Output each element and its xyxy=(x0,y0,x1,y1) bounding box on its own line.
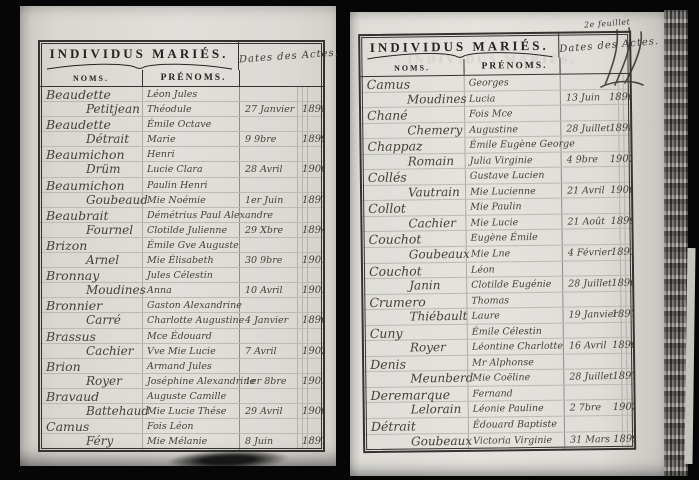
husband-surname: Beaubrait xyxy=(40,208,142,223)
wife-given-names: Léontine Charlotte xyxy=(467,339,563,356)
marriage-year: 1900 xyxy=(295,404,323,419)
wife-surname: Cachier xyxy=(362,216,465,233)
empty-date-cell xyxy=(239,419,295,434)
wife-given-names: Léonie Pauline xyxy=(468,401,564,418)
prenoms-column-header: PRÉNOMS. xyxy=(463,58,559,75)
empty-date-cell xyxy=(239,359,295,374)
wife-surname: Moudines xyxy=(361,91,464,108)
husband-given-names: Fernand xyxy=(467,386,563,403)
marriage-year: 1902 xyxy=(603,151,635,167)
marriage-year: 1893 xyxy=(604,245,634,261)
husband-surname: Deremarque xyxy=(364,387,467,404)
wife-surname: Drüm xyxy=(40,162,142,177)
entry-wife-row: Drüm Lucie Clara 28 Avril 1900 xyxy=(40,162,323,177)
wife-given-names: Mie Mélanie xyxy=(142,434,239,449)
empty-year-cell xyxy=(295,117,323,132)
right-title-zone: INDIVIDUS MARIÉS. xyxy=(360,34,559,60)
marriage-date: 29 Xbre xyxy=(239,223,295,238)
husband-given-names: Auguste Camille xyxy=(142,389,239,404)
entry-wife-row: Carré Charlotte Augustine 4 Janvier 1896 xyxy=(40,313,323,328)
marriage-year: 1901 xyxy=(295,283,323,298)
empty-year-cell xyxy=(604,260,634,276)
wife-surname: Meunberd xyxy=(364,371,467,388)
marriage-year: 1894 xyxy=(295,223,323,238)
marriage-date: 4 9bre xyxy=(561,152,603,168)
wife-given-names: Clotilde Eugénie xyxy=(466,277,562,294)
empty-year-cell xyxy=(603,167,634,183)
marriage-date: 1er 8bre xyxy=(239,374,295,389)
marriage-date: 7 Avril xyxy=(239,344,295,359)
husband-surname: Brion xyxy=(40,359,142,374)
husband-surname: Brizon xyxy=(40,238,142,253)
entry-wife-row: Cachier Vve Mie Lucie 7 Avril 1902 xyxy=(40,344,323,359)
empty-year-cell xyxy=(602,105,634,121)
entry-husband-row: Bronnay Jules Célestin xyxy=(40,268,323,283)
empty-year-cell xyxy=(295,208,323,223)
entry-wife-row: Fournel Clotilde Julienne 29 Xbre 1894 xyxy=(40,223,323,238)
empty-date-cell xyxy=(562,230,604,246)
marriage-year: 1899 xyxy=(295,132,323,147)
marriage-year: 1896 xyxy=(602,89,634,105)
empty-year-cell xyxy=(295,147,323,162)
wife-surname: Lelorain xyxy=(365,402,468,419)
husband-surname: Collés xyxy=(362,169,465,186)
marriage-year: 1897 xyxy=(604,307,634,323)
empty-date-cell xyxy=(563,354,605,370)
title-brace-ornament xyxy=(45,62,234,70)
marriage-date: 28 Juillet xyxy=(563,370,605,386)
marriage-year: 1902 xyxy=(606,400,635,416)
husband-surname: Couchot xyxy=(363,231,466,248)
entry-husband-row: Beaumichon Henri xyxy=(40,147,323,162)
wife-given-names: Clotilde Julienne xyxy=(142,223,239,238)
husband-given-names: Georges xyxy=(464,75,560,92)
empty-year-cell xyxy=(295,329,323,344)
entry-wife-row: Goubeaux Victoria Virginie 31 Mars 1899 xyxy=(365,431,634,450)
entry-husband-row: Camus Fois Léon xyxy=(40,419,323,434)
entry-husband-row: Brassus Mce Édouard xyxy=(40,329,323,344)
wife-surname: Fournel xyxy=(40,223,142,238)
marriage-date: 30 9bre xyxy=(239,253,295,268)
entry-husband-row: Bronnier Gaston Alexandrine xyxy=(40,298,323,313)
empty-date-cell xyxy=(239,208,295,223)
wife-surname: Romain xyxy=(362,154,465,171)
husband-surname: Cuny xyxy=(364,325,467,342)
empty-date-cell xyxy=(239,389,295,404)
marriage-date: 28 Juillet xyxy=(560,121,602,137)
entry-husband-row: Beaudette Léon Jules xyxy=(40,87,323,102)
empty-date-cell xyxy=(239,298,295,313)
wife-given-names: Mie Lucie xyxy=(465,215,561,232)
marriage-date: 4 Janvier xyxy=(239,313,295,328)
entry-wife-row: Féry Mie Mélanie 8 Juin 1897 xyxy=(40,434,323,449)
husband-given-names: Mr Alphonse xyxy=(467,354,563,371)
marriage-date: 28 Avril xyxy=(239,162,295,177)
wife-surname: Chemery xyxy=(361,122,464,139)
wife-surname: Thiébault xyxy=(363,309,466,326)
husband-given-names: Gaston Alexandrine xyxy=(142,298,239,313)
marriage-date: 9 9bre xyxy=(239,132,295,147)
wife-surname: Moudines xyxy=(40,283,142,298)
empty-date-cell xyxy=(239,117,295,132)
empty-date-cell xyxy=(561,167,603,183)
empty-year-cell xyxy=(295,389,323,404)
wife-given-names: Mie Coëline xyxy=(467,370,563,387)
wife-surname: Féry xyxy=(40,434,142,449)
entry-husband-row: Brizon Émile Gve Auguste xyxy=(40,238,323,253)
empty-date-cell xyxy=(239,147,295,162)
empty-date-cell xyxy=(239,238,295,253)
marriage-year: 1896 xyxy=(604,276,634,292)
empty-year-cell xyxy=(604,229,635,245)
empty-date-cell xyxy=(563,323,605,339)
empty-date-cell xyxy=(560,136,602,152)
empty-date-cell xyxy=(239,329,295,344)
entry-husband-row: Brion Armand Jules xyxy=(40,359,323,374)
marriage-date: 1er Juin xyxy=(239,193,295,208)
marriage-date: 21 Avril xyxy=(561,183,603,199)
husband-given-names: Armand Jules xyxy=(142,359,239,374)
husband-given-names: Thomas xyxy=(466,292,562,309)
entry-wife-row: Battehaud Mie Lucie Thése 29 Avril 1900 xyxy=(40,404,323,419)
marriage-year: 1900 xyxy=(603,183,634,199)
wife-given-names: Mie Lne xyxy=(466,246,562,263)
empty-year-cell xyxy=(295,178,323,193)
wife-given-names: Mie Élisabeth xyxy=(142,253,239,268)
marriage-year: 1901 xyxy=(295,374,323,389)
wife-given-names: Mie Lucienne xyxy=(465,183,561,200)
empty-year-cell xyxy=(605,354,634,370)
wife-surname: Vautrain xyxy=(362,185,465,202)
husband-given-names: Démétrius Paul Alexandre xyxy=(142,208,239,223)
marriage-year: 1899 xyxy=(606,431,634,447)
marriage-date: 21 Août xyxy=(561,214,603,230)
right-page-entries: Camus Georges Moudines Lucia 13 Juin 189… xyxy=(361,74,635,451)
entry-wife-row: Goubeaud Mie Noémie 1er Juin 1897 xyxy=(40,193,323,208)
wife-surname: Goubeaux xyxy=(365,433,468,450)
husband-given-names: Léon Jules xyxy=(142,87,239,102)
marriage-year: 1896 xyxy=(295,313,323,328)
wife-given-names: Marie xyxy=(142,132,239,147)
husband-given-names: Émile Gve Auguste xyxy=(142,238,239,253)
empty-date-cell xyxy=(564,416,606,432)
marriage-date: 19 Janvier xyxy=(562,307,604,323)
marriage-year: 1898 xyxy=(602,120,634,136)
marriage-date: 8 Juin xyxy=(239,434,295,449)
marriage-year: 1897 xyxy=(295,193,323,208)
wife-surname: Goubeaud xyxy=(40,193,142,208)
empty-year-cell xyxy=(602,136,634,152)
husband-surname: Chappaz xyxy=(361,138,464,155)
husband-surname: Bravaud xyxy=(40,389,142,404)
marriage-date: 27 Janvier xyxy=(239,102,295,117)
register-title: INDIVIDUS MARIÉS. xyxy=(40,46,238,62)
empty-year-cell xyxy=(605,322,635,338)
page-bottom-smudge xyxy=(166,448,291,472)
empty-year-cell xyxy=(295,298,323,313)
wife-surname: Battehaud xyxy=(40,404,142,419)
husband-surname: Camus xyxy=(40,419,142,434)
marriage-date: 4 Février xyxy=(562,245,604,261)
empty-year-cell xyxy=(295,268,323,283)
dates-column-spacer xyxy=(239,70,323,86)
entry-husband-row: Beaumichon Paulin Henri xyxy=(40,178,323,193)
wife-surname: Royer xyxy=(40,374,142,389)
wife-surname: Détrait xyxy=(40,132,142,147)
left-table-header: INDIVIDUS MARIÉS. Dates des Actes. xyxy=(40,42,323,70)
husband-given-names: Henri xyxy=(142,147,239,162)
corner-flourish-mark-icon xyxy=(598,25,646,89)
husband-given-names: Gustave Lucien xyxy=(465,168,561,185)
scanned-register-spread: INDIVIDUS MARIÉS. Dates des Actes. NOMS.… xyxy=(0,0,699,480)
empty-date-cell xyxy=(562,261,604,277)
marriage-year: 1901 xyxy=(295,253,323,268)
wife-given-names: Victoria Virginie xyxy=(468,432,564,449)
left-page: INDIVIDUS MARIÉS. Dates des Actes. NOMS.… xyxy=(20,6,336,466)
wife-given-names: Charlotte Augustine xyxy=(142,313,239,328)
husband-surname: Chané xyxy=(361,107,464,124)
marriage-date: 10 Avril xyxy=(239,283,295,298)
right-table-header: INDIVIDUS MARIÉS. Dates des Actes. xyxy=(360,33,629,60)
noms-column-header: NOMS. xyxy=(360,59,463,76)
empty-date-cell xyxy=(239,87,295,102)
left-dates-header-zone: Dates des Actes. xyxy=(239,42,339,70)
empty-year-cell xyxy=(295,419,323,434)
husband-surname: Couchot xyxy=(363,262,466,279)
left-page-entries: Beaudette Léon Jules Petitjean Théodule … xyxy=(40,87,323,450)
husband-surname: Brassus xyxy=(40,329,142,344)
husband-given-names: Émile Octave xyxy=(142,117,239,132)
empty-date-cell xyxy=(239,268,295,283)
empty-year-cell xyxy=(295,238,323,253)
entry-wife-row: Petitjean Théodule 27 Janvier 1898 xyxy=(40,102,323,117)
husband-given-names: Paulin Henri xyxy=(142,178,239,193)
wife-given-names: Julia Virginie xyxy=(465,152,561,169)
wife-given-names: Lucie Clara xyxy=(142,162,239,177)
empty-year-cell xyxy=(604,291,634,307)
empty-year-cell xyxy=(603,198,634,214)
entry-wife-row: Royer Joséphine Alexandrine 1er 8bre 190… xyxy=(40,374,323,389)
wife-surname: Cachier xyxy=(40,344,142,359)
empty-date-cell xyxy=(560,105,602,121)
empty-date-cell xyxy=(561,199,603,215)
husband-given-names: Émile Eugène George xyxy=(464,137,560,154)
dates-des-actes-label: Dates des Actes. xyxy=(239,47,339,65)
empty-date-cell xyxy=(563,385,605,401)
husband-surname: Beaudette xyxy=(40,87,142,102)
husband-surname: Beaudette xyxy=(40,117,142,132)
husband-given-names: Émile Célestin xyxy=(467,323,563,340)
entry-husband-row: Beaubrait Démétrius Paul Alexandre xyxy=(40,208,323,223)
marriage-year: 1897 xyxy=(605,369,634,385)
entry-wife-row: Arnel Mie Élisabeth 30 9bre 1901 xyxy=(40,253,323,268)
empty-year-cell xyxy=(605,385,634,401)
empty-date-cell xyxy=(560,74,602,90)
empty-date-cell xyxy=(239,178,295,193)
left-column-headers: NOMS. PRÉNOMS. xyxy=(40,70,323,87)
husband-surname: Crumero xyxy=(363,293,466,310)
left-title-zone: INDIVIDUS MARIÉS. xyxy=(40,42,239,70)
wife-surname: Janin xyxy=(363,278,466,295)
wife-given-names: Laure xyxy=(466,308,562,325)
next-page-sliver xyxy=(684,248,695,464)
marriage-date: 2 7bre xyxy=(564,401,606,417)
wife-surname: Carré xyxy=(40,313,142,328)
marriage-year: 1900 xyxy=(295,162,323,177)
marriage-date: 13 Juin xyxy=(560,90,602,106)
wife-surname: Goubeaux xyxy=(363,247,466,264)
wife-given-names: Théodule xyxy=(142,102,239,117)
marriage-year: 1896 xyxy=(605,338,634,354)
left-register-table: INDIVIDUS MARIÉS. Dates des Actes. NOMS.… xyxy=(38,40,325,452)
right-page: INDIVIDUS MARIÉS. 2e feuillet INDIVIDUS … xyxy=(350,12,664,476)
wife-given-names: Joséphine Alexandrine xyxy=(142,374,239,389)
wife-given-names: Lucia xyxy=(464,90,560,107)
husband-given-names: Mie Paulin xyxy=(465,199,561,216)
entry-husband-row: Beaudette Émile Octave xyxy=(40,117,323,132)
husband-surname: Beaumichon xyxy=(40,178,142,193)
empty-year-cell xyxy=(606,416,634,432)
husband-surname: Bronnay xyxy=(40,268,142,283)
entry-wife-row: Détrait Marie 9 9bre 1899 xyxy=(40,132,323,147)
husband-given-names: Édouard Baptiste xyxy=(468,417,564,434)
wife-surname: Arnel xyxy=(40,253,142,268)
husband-given-names: Eugène Émile xyxy=(466,230,562,247)
husband-surname: Denis xyxy=(364,356,467,373)
wife-given-names: Vve Mie Lucie xyxy=(142,344,239,359)
empty-year-cell xyxy=(295,359,323,374)
right-register-table: INDIVIDUS MARIÉS. Dates des Actes. NOMS.… xyxy=(358,31,636,453)
marriage-date: 31 Mars xyxy=(564,432,606,448)
wife-given-names: Anna xyxy=(142,283,239,298)
noms-column-header: NOMS. xyxy=(40,70,142,86)
marriage-year: 1899 xyxy=(603,214,634,230)
wife-surname: Petitjean xyxy=(40,102,142,117)
marriage-date: 29 Avril xyxy=(239,404,295,419)
empty-date-cell xyxy=(562,292,604,308)
husband-surname: Détrait xyxy=(365,418,468,435)
husband-surname: Beaumichon xyxy=(40,147,142,162)
wife-given-names: Augustine xyxy=(464,121,560,138)
entry-wife-row: Moudines Anna 10 Avril 1901 xyxy=(40,283,323,298)
wife-surname: Royer xyxy=(364,340,467,357)
husband-given-names: Fois Léon xyxy=(142,419,239,434)
wife-given-names: Mie Lucie Thése xyxy=(142,404,239,419)
marriage-date: 16 Avril xyxy=(563,338,605,354)
prenoms-column-header: PRÉNOMS. xyxy=(142,70,239,86)
marriage-year: 1897 xyxy=(295,434,323,449)
husband-given-names: Léon xyxy=(466,261,562,278)
husband-surname: Collot xyxy=(362,200,465,217)
husband-given-names: Jules Célestin xyxy=(142,268,239,283)
marriage-date: 28 Juillet xyxy=(562,276,604,292)
husband-given-names: Fois Mce xyxy=(464,106,560,123)
empty-year-cell xyxy=(295,87,323,102)
marriage-year: 1902 xyxy=(295,344,323,359)
husband-given-names: Mce Édouard xyxy=(142,329,239,344)
husband-surname: Camus xyxy=(361,76,464,93)
entry-husband-row: Bravaud Auguste Camille xyxy=(40,389,323,404)
marriage-year: 1898 xyxy=(295,102,323,117)
wife-given-names: Mie Noémie xyxy=(142,193,239,208)
husband-surname: Bronnier xyxy=(40,298,142,313)
